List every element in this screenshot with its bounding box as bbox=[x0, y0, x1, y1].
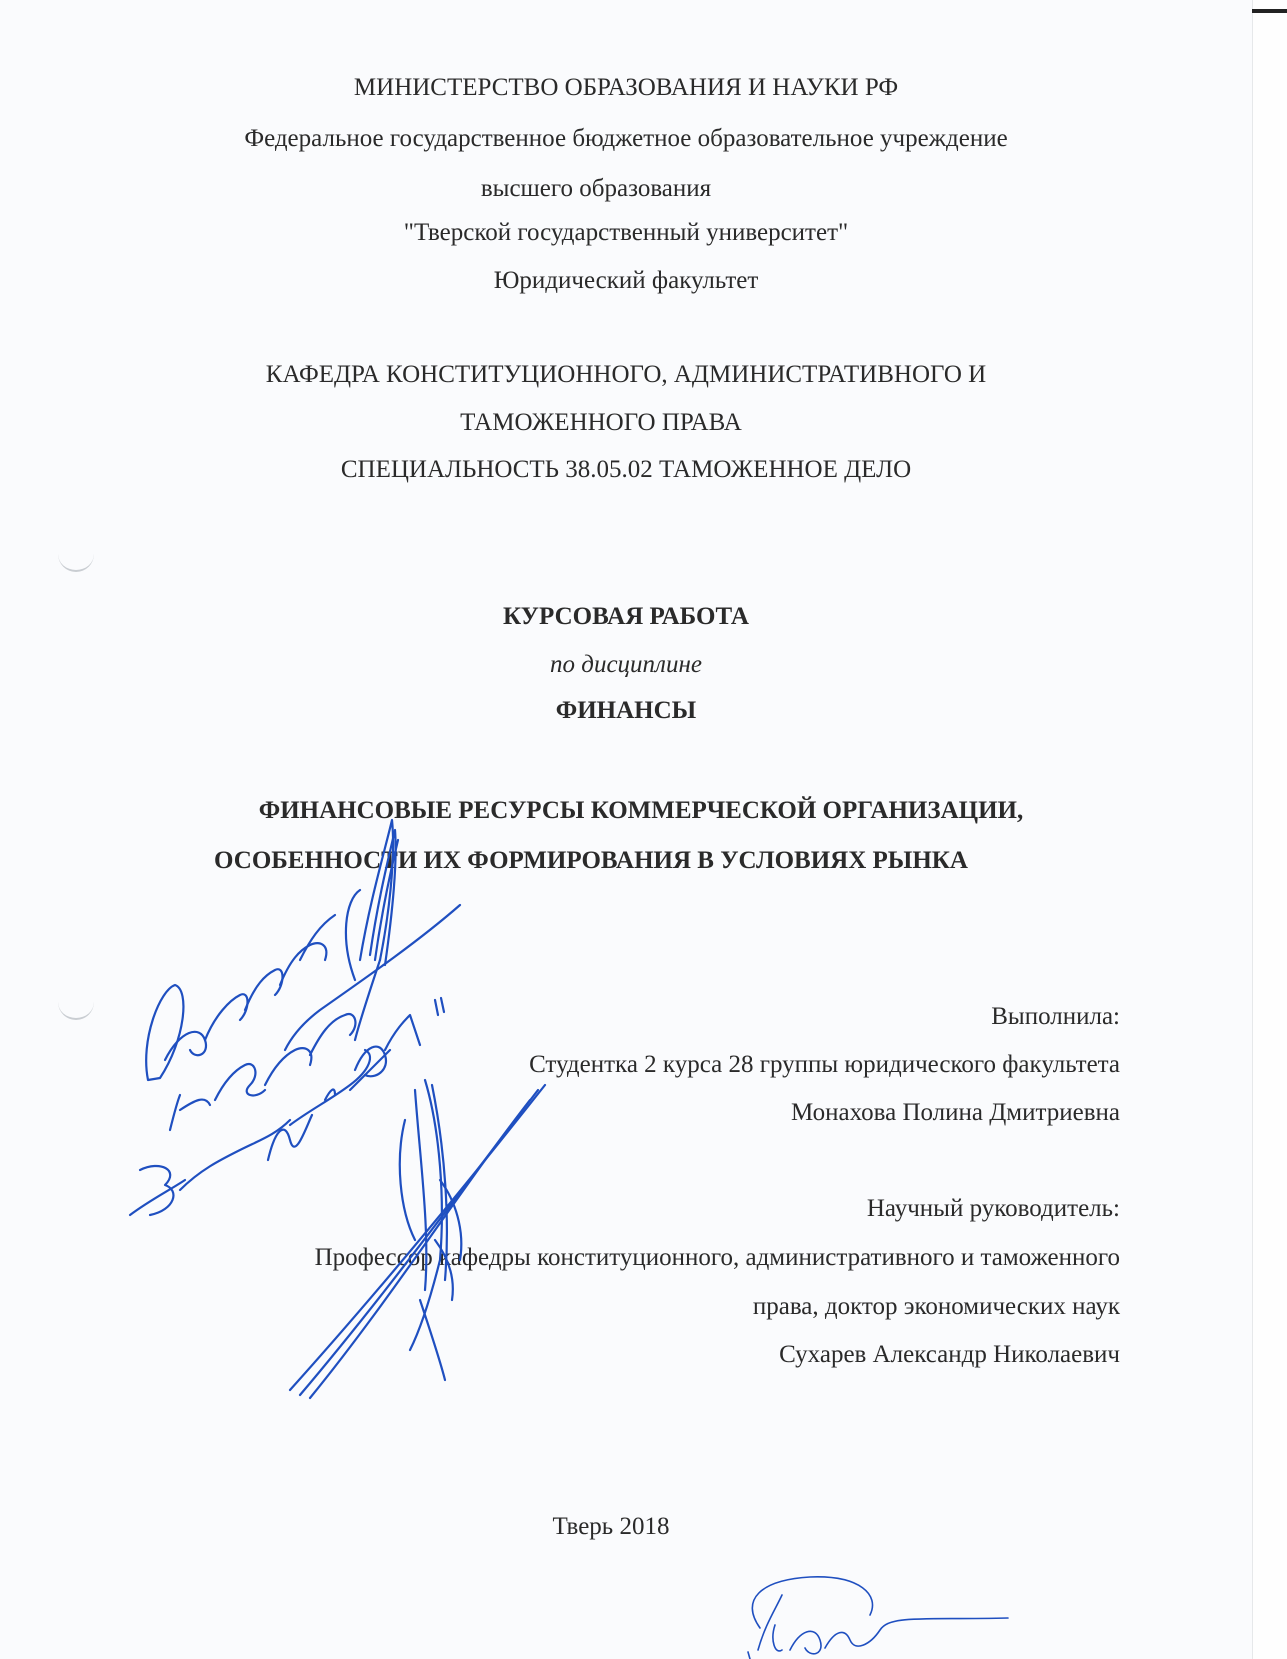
supervisor-position-line-2: права, доктор экономических наук bbox=[753, 1292, 1120, 1322]
work-title-line-2: ОСОБЕННОСТИ ИХ ФОРМИРОВАНИЯ В УСЛОВИЯХ Р… bbox=[0, 846, 1217, 876]
scan-edge-strip bbox=[1252, 0, 1287, 1659]
scan-corner-mark bbox=[1252, 9, 1287, 13]
supervisor-position-line-1: Профессор кафедры конституционного, адми… bbox=[315, 1243, 1120, 1273]
discipline-label: по дисциплине bbox=[0, 650, 1252, 680]
discipline-name: ФИНАНСЫ bbox=[0, 696, 1252, 726]
author-name: Монахова Полина Дмитриевна bbox=[791, 1098, 1120, 1128]
supervisor-label: Научный руководитель: bbox=[867, 1194, 1120, 1224]
university-name: "Тверской государственный университет" bbox=[0, 218, 1252, 248]
supervisor-name: Сухарев Александр Николаевич bbox=[779, 1340, 1120, 1370]
work-title-line-1: ФИНАНСОВЫЕ РЕСУРСЫ КОММЕРЧЕСКОЙ ОРГАНИЗА… bbox=[15, 796, 1267, 826]
city-year: Тверь 2018 bbox=[0, 1512, 1237, 1542]
ministry-line: МИНИСТЕРСТВО ОБРАЗОВАНИЯ И НАУКИ РФ bbox=[0, 73, 1252, 103]
author-label: Выполнила: bbox=[991, 1002, 1120, 1032]
work-type-heading: КУРСОВАЯ РАБОТА bbox=[0, 602, 1252, 632]
binder-hole-mark bbox=[58, 552, 94, 572]
education-level-line: высшего образования bbox=[0, 174, 1222, 204]
binder-hole-mark bbox=[58, 1000, 94, 1020]
document-page: МИНИСТЕРСТВО ОБРАЗОВАНИЯ И НАУКИ РФ Феде… bbox=[0, 0, 1252, 1659]
department-line-2: ТАМОЖЕННОГО ПРАВА bbox=[0, 408, 1227, 438]
faculty-name: Юридический факультет bbox=[0, 266, 1252, 296]
specialty-line: СПЕЦИАЛЬНОСТЬ 38.05.02 ТАМОЖЕННОЕ ДЕЛО bbox=[0, 455, 1252, 485]
institution-type-line: Федеральное государственное бюджетное об… bbox=[0, 124, 1252, 154]
department-line-1: КАФЕДРА КОНСТИТУЦИОННОГО, АДМИНИСТРАТИВН… bbox=[0, 360, 1252, 390]
author-description: Студентка 2 курса 28 группы юридического… bbox=[529, 1050, 1120, 1080]
handwritten-annotation bbox=[0, 0, 1252, 1659]
